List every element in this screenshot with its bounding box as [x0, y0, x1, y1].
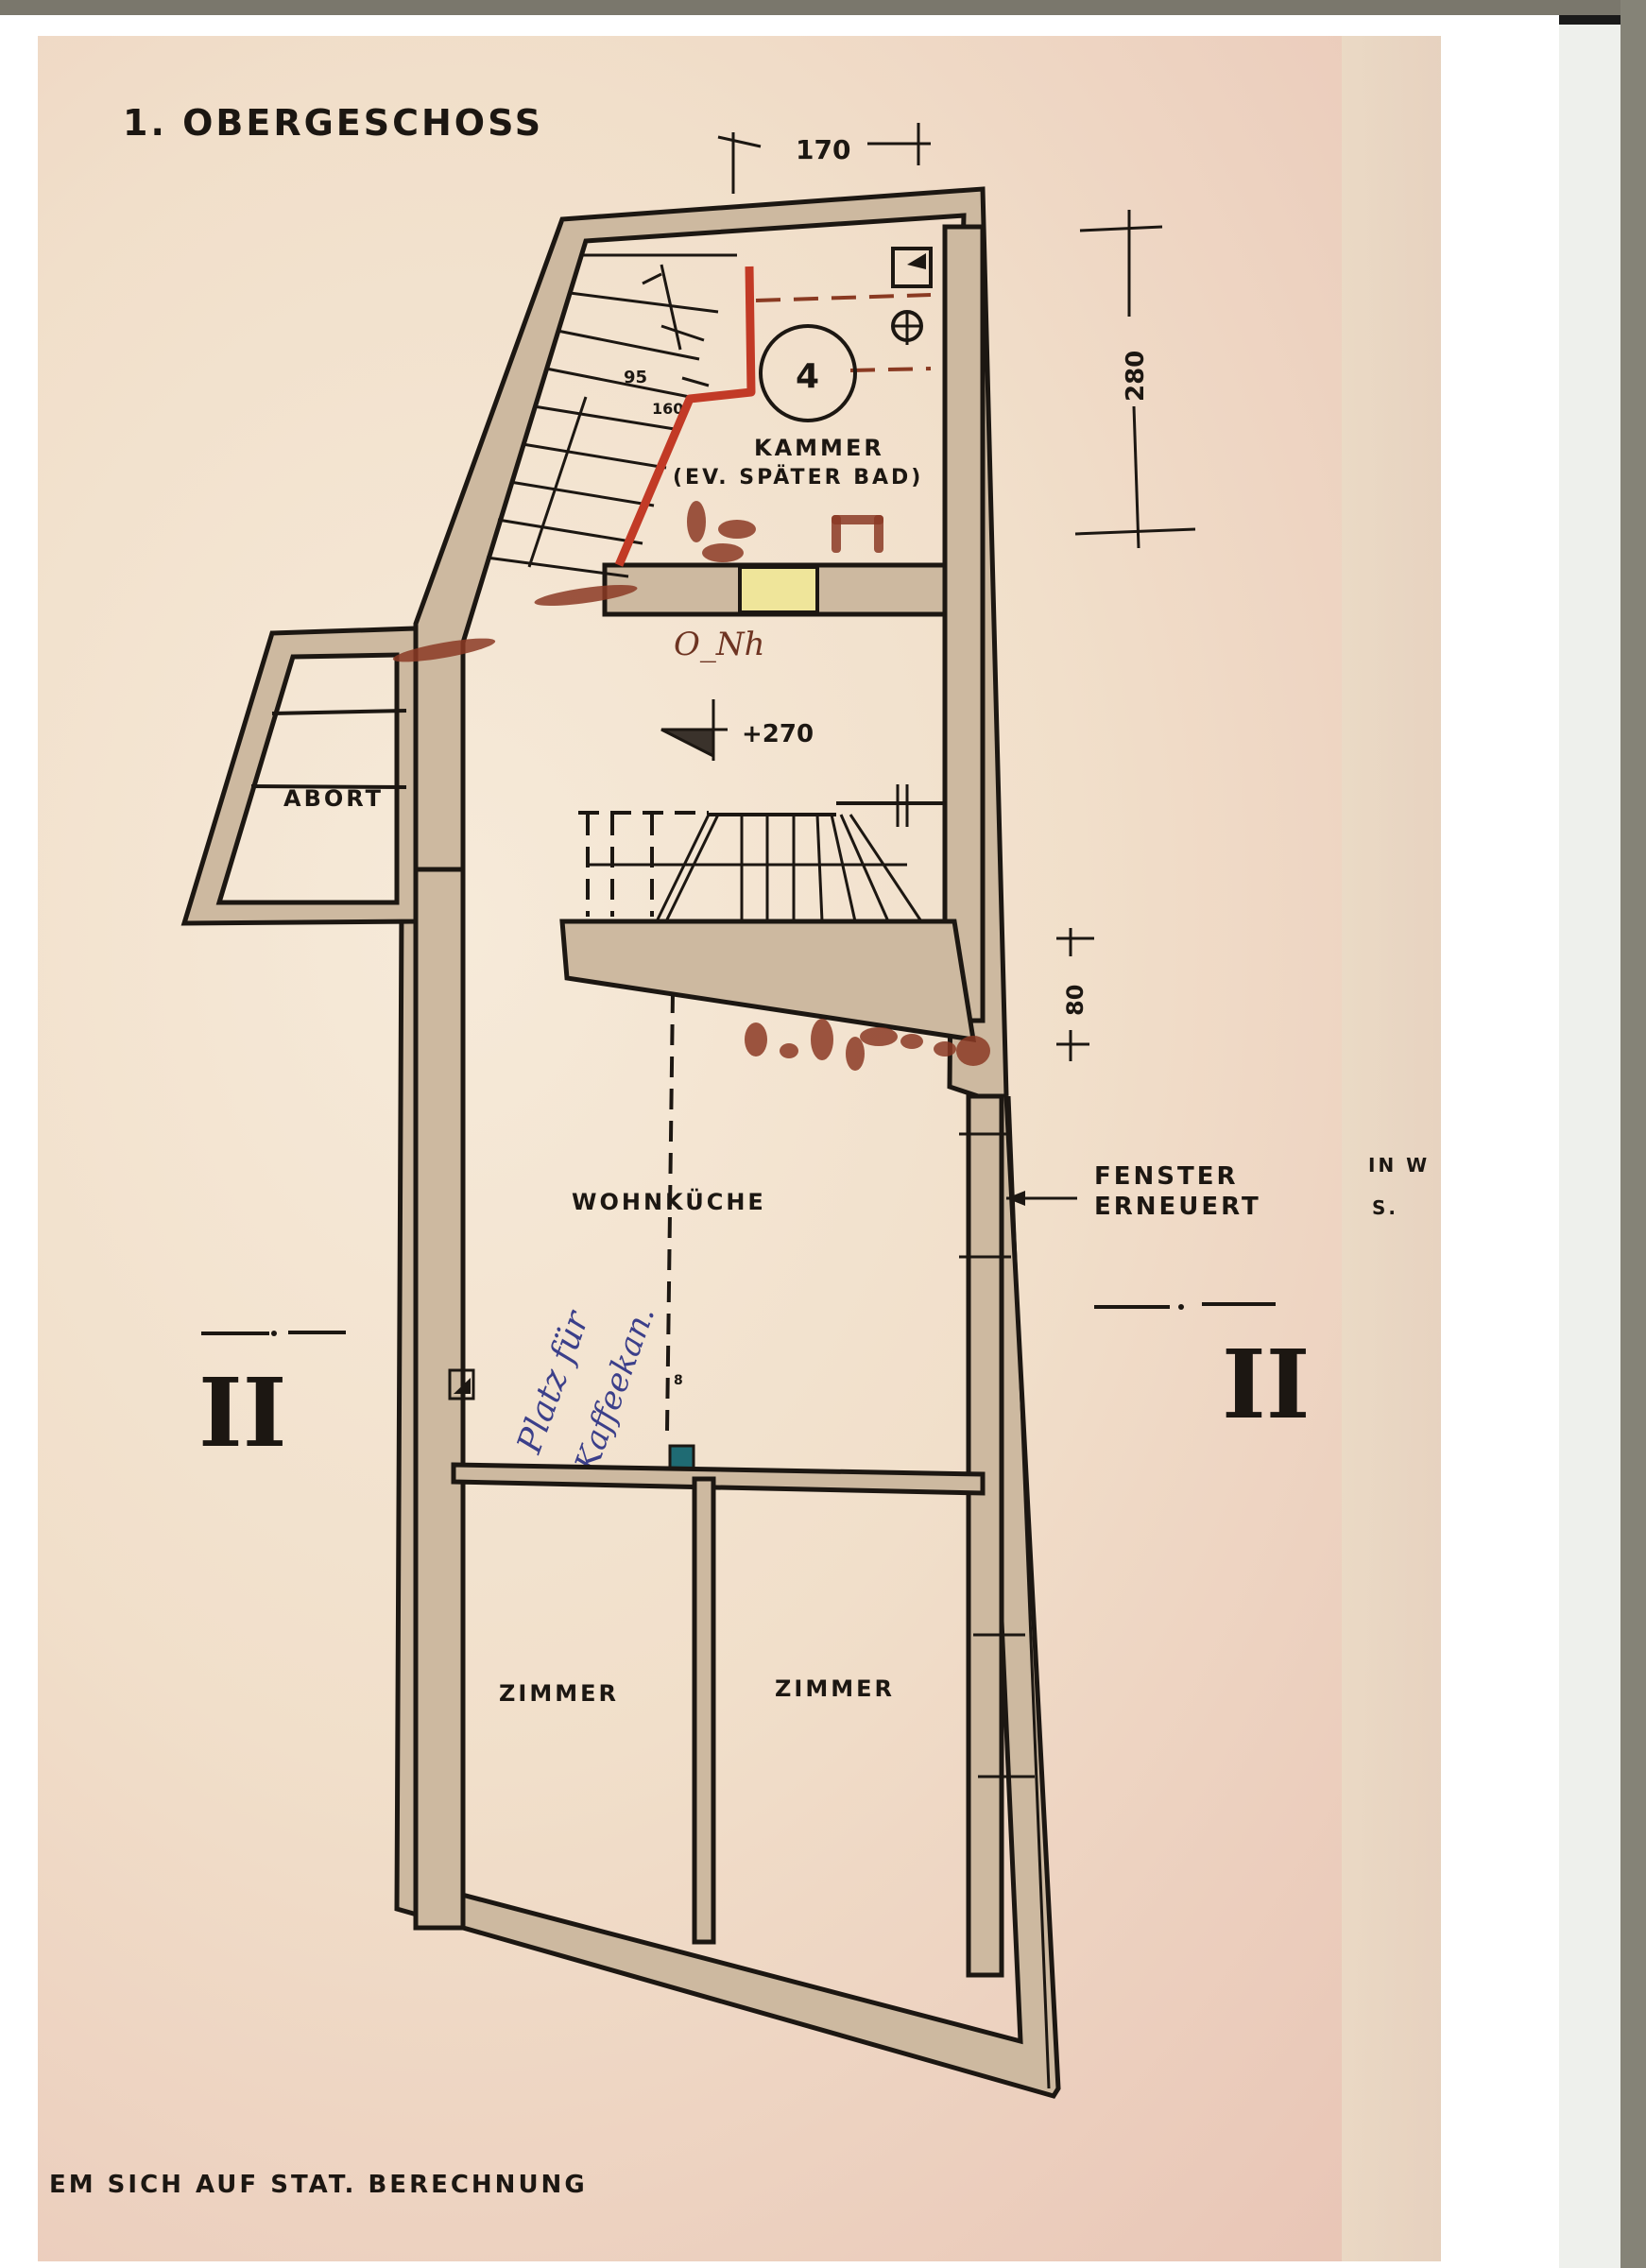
yellow-patch [740, 567, 817, 612]
room-label-zimmer-left: ZIMMER [499, 1680, 619, 1707]
dimension-right-label: 280 [1122, 351, 1150, 402]
dimension-top-label: 170 [796, 134, 850, 165]
room-label-kammer-note: (EV. SPÄTER BAD) [673, 465, 923, 490]
section-label-right: II [1222, 1329, 1311, 1440]
handwritten-hallway-note: O_Nh [674, 626, 765, 663]
level-marker [661, 699, 728, 761]
fenster-note-suffix2: S. [1372, 1196, 1398, 1219]
dimension-offset: 80 [1056, 928, 1094, 1061]
room-label-kammer: KAMMER [754, 435, 884, 461]
room-number: 4 [796, 357, 819, 396]
fenster-note-suffix1: IN W [1368, 1154, 1430, 1177]
plan-title: 1. OBERGESCHOSS [123, 102, 543, 144]
footer-note: EM SICH AUF STAT. BERECHNUNG [49, 2171, 588, 2199]
zimmer-divider-wall [694, 1479, 713, 1942]
fenster-note-line1: FENSTER [1094, 1162, 1239, 1191]
level-marker-label: +270 [742, 720, 814, 748]
dimension-offset-label: 80 [1062, 985, 1089, 1016]
lower-staircase [576, 784, 954, 921]
stair-label-95: 95 [624, 368, 647, 387]
small-mark: 8 [674, 1373, 683, 1388]
kammer-fixtures: 4 [756, 249, 931, 421]
right-wall-lower [969, 1096, 1002, 1975]
zimmer-top-wall [454, 1465, 983, 1493]
dimension-top: 170 [718, 123, 931, 194]
abort-walls [184, 628, 416, 923]
dimension-right: 280 [1075, 210, 1195, 548]
section-marker-left [201, 1331, 346, 1336]
section-marker-right [1094, 1304, 1276, 1310]
teal-chimney-marker [670, 1446, 694, 1469]
right-wall-upper [945, 227, 983, 1021]
section-label-left: II [198, 1357, 287, 1469]
room-label-zimmer-right: ZIMMER [775, 1675, 895, 1702]
room-label-abort: ABORT [283, 785, 384, 812]
room-label-wohnkueche: WOHNKÜCHE [572, 1187, 766, 1215]
abort-partition-1 [272, 711, 406, 713]
hall-bottom-wall [562, 921, 973, 1039]
fenster-note-line2: ERNEUERT [1094, 1193, 1261, 1221]
floor-plan-drawing: 1. OBERGESCHOSS 170 280 80 ABORT [0, 0, 1646, 2268]
